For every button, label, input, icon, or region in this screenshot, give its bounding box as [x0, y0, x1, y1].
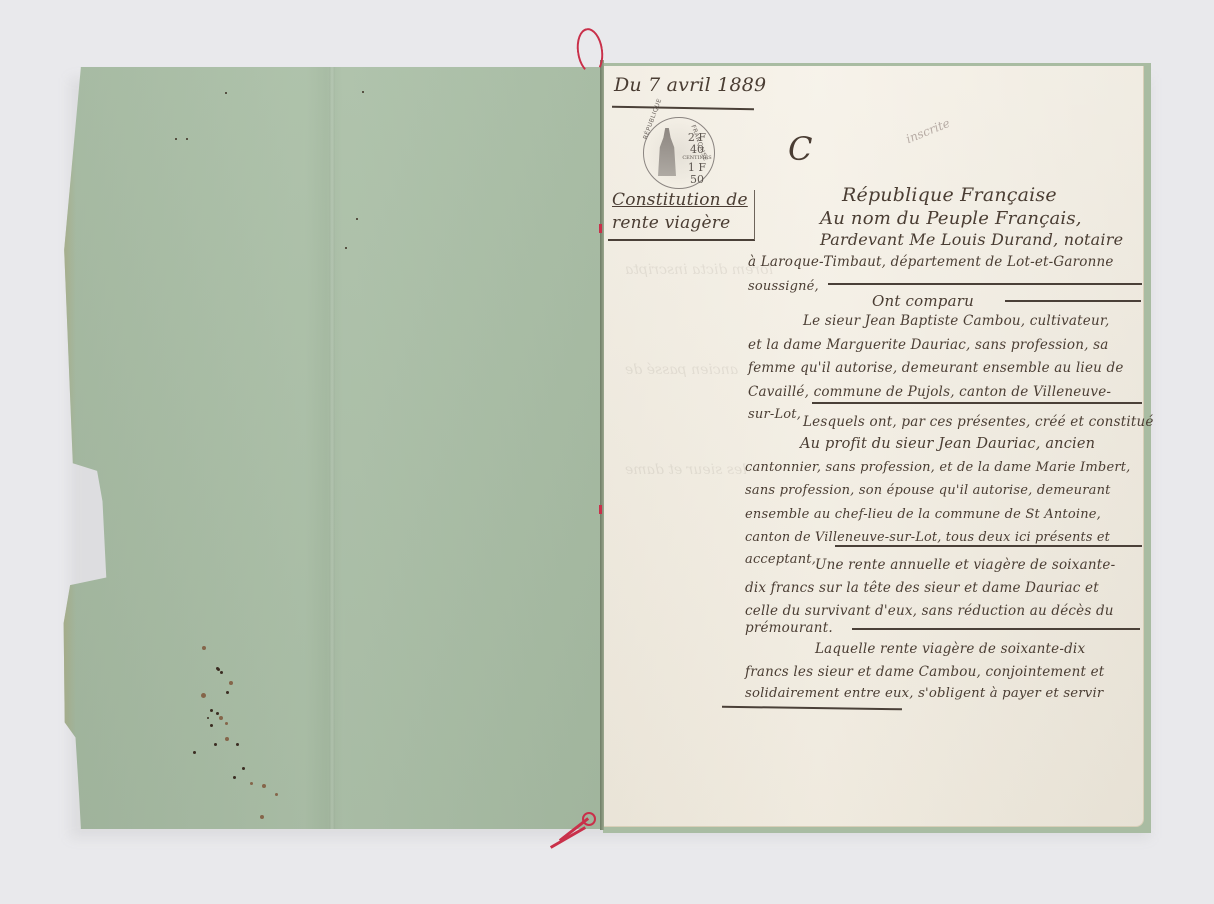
- tax-stamp: 2 F 40 CENTIMES 1 F 50 RÉPUBLIQUE FRANÇA…: [643, 117, 715, 189]
- margin-title-line-1: Constitution de: [612, 190, 748, 210]
- deed-line: à Laroque-Timbaut, département de Lot-et…: [748, 254, 1114, 270]
- margin-date: Du 7 avril 1889: [614, 74, 766, 96]
- deed-line: francs les sieur et dame Cambou, conjoin…: [745, 664, 1104, 680]
- filler-rule: [812, 402, 1142, 404]
- deed-line: soussigné,: [748, 279, 819, 294]
- deed-line: cantonnier, sans profession, et de la da…: [745, 460, 1131, 475]
- deed-line: Pardevant Me Louis Durand, notaire: [820, 230, 1123, 249]
- binding-string-bottom: [548, 812, 598, 852]
- deed-line: Laquelle rente viagère de soixante-dix: [815, 641, 1085, 657]
- deed-line: et la dame Marguerite Dauriac, sans prof…: [748, 337, 1108, 353]
- deed-line: Le sieur Jean Baptiste Cambou, cultivate…: [803, 313, 1110, 329]
- filler-rule: [835, 545, 1142, 547]
- deed-line: sans profession, son épouse qu'il autori…: [745, 483, 1111, 498]
- deed-line: celle du survivant d'eux, sans réduction…: [745, 603, 1114, 619]
- stamp-value-bottom: 1 F 50: [680, 162, 714, 186]
- deed-line: Une rente annuelle et viagère de soixant…: [815, 557, 1115, 573]
- deed-line: Lesquels ont, par ces présentes, créé et…: [803, 414, 1154, 430]
- binding-thread-mark: [599, 505, 602, 514]
- deed-line: Cavaillé, commune de Pujols, canton de V…: [748, 384, 1111, 400]
- deed-line: acceptant,: [745, 552, 816, 567]
- deed-line: canton de Villeneuve-sur-Lot, tous deux …: [745, 530, 1110, 545]
- binding-thread-mark: [599, 224, 602, 233]
- deed-line: Ont comparu: [872, 292, 974, 310]
- cover-worn-edge: [62, 67, 76, 829]
- margin-title-line-2: rente viagère: [612, 213, 730, 233]
- bleed-through-text: ancien passé de: [625, 362, 738, 378]
- deed-line: femme qu'il autorise, demeurant ensemble…: [748, 360, 1124, 376]
- ornamental-initial: C: [788, 130, 813, 168]
- deed-line: dix francs sur la tête des sieur et dame…: [745, 580, 1099, 596]
- deed-line: prémourant.: [745, 620, 833, 636]
- heading-republique: République Française: [842, 184, 1057, 206]
- deed-line: sur-Lot,: [748, 407, 801, 422]
- heading-au-nom: Au nom du Peuple Français,: [820, 208, 1082, 229]
- cover-fold-line: [329, 67, 335, 829]
- margin-box-side: [754, 190, 755, 240]
- deed-line: solidairement entre eux, s'obligent à pa…: [745, 686, 1103, 701]
- filler-rule: [852, 628, 1140, 630]
- deed-line: Au profit du sieur Jean Dauriac, ancien: [800, 436, 1095, 452]
- bleed-through-text: les sieur et dame: [625, 462, 747, 478]
- stamp-justice-figure-icon: [658, 128, 676, 176]
- margin-box-rule: [608, 239, 755, 241]
- filler-rule: [828, 283, 1142, 285]
- filler-rule: [1005, 300, 1141, 302]
- binding-spine: [600, 60, 604, 830]
- deed-line: ensemble au chef-lieu de la commune de S…: [745, 507, 1101, 522]
- green-cover-page: [62, 67, 602, 829]
